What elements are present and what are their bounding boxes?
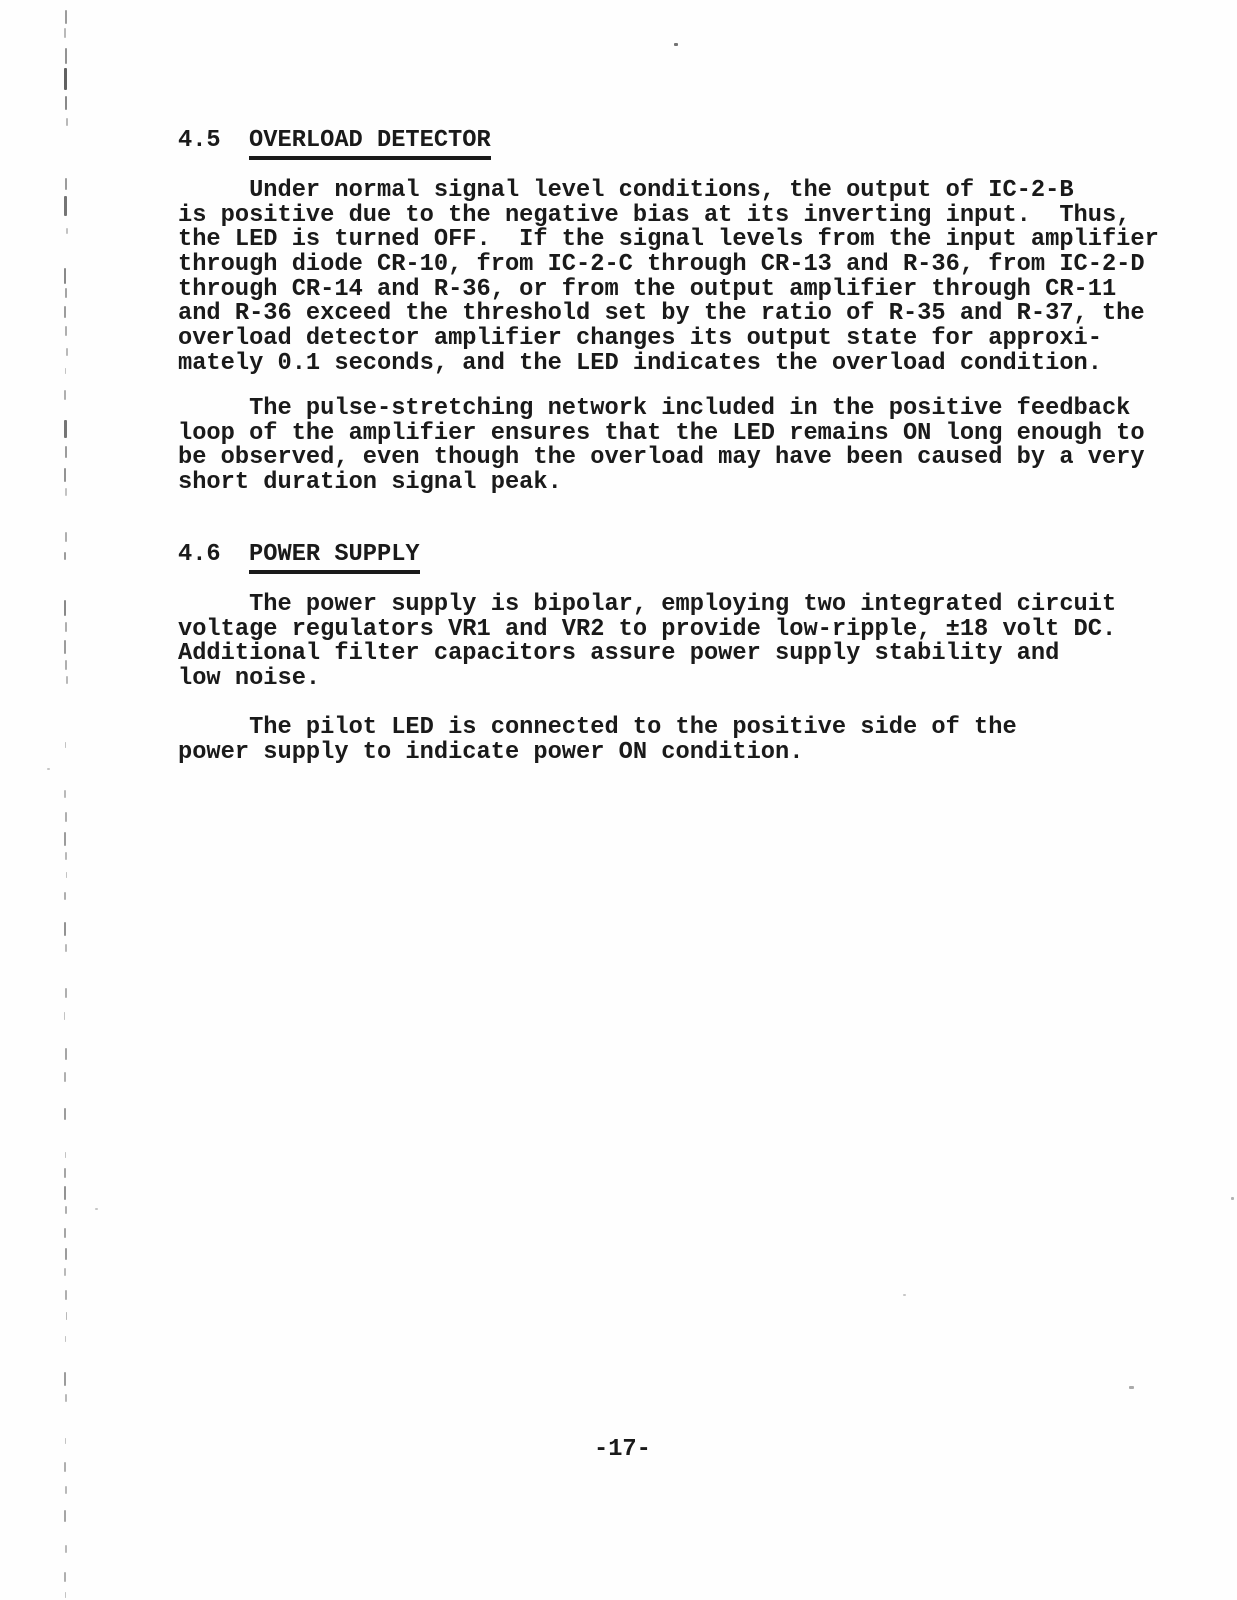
scan-mark bbox=[65, 944, 67, 952]
scan-mark bbox=[66, 118, 68, 126]
scan-mark bbox=[65, 1486, 67, 1494]
scan-speck bbox=[1129, 1386, 1134, 1389]
scan-mark bbox=[64, 1228, 66, 1238]
scan-mark bbox=[65, 1152, 66, 1158]
paragraph: The power supply is bipolar, employing t… bbox=[178, 593, 1116, 692]
scan-mark bbox=[64, 1186, 66, 1200]
scan-mark bbox=[65, 660, 67, 670]
scan-mark bbox=[64, 552, 66, 560]
scan-mark bbox=[65, 1438, 66, 1444]
scan-mark bbox=[65, 988, 67, 998]
scan-mark bbox=[64, 1268, 66, 1276]
scan-mark bbox=[64, 600, 66, 616]
scan-speck bbox=[1231, 1197, 1234, 1200]
section-number: 4.6 bbox=[178, 543, 221, 574]
scan-mark bbox=[64, 892, 66, 900]
paragraph: Under normal signal level conditions, th… bbox=[178, 179, 1159, 376]
scan-mark bbox=[64, 468, 66, 482]
scan-mark bbox=[66, 228, 68, 234]
scan-mark bbox=[65, 532, 67, 542]
scan-mark bbox=[65, 1248, 67, 1260]
scan-mark bbox=[64, 1372, 66, 1386]
scan-mark bbox=[65, 1545, 67, 1553]
scan-mark bbox=[64, 1572, 66, 1582]
scan-mark bbox=[66, 676, 68, 684]
scan-mark bbox=[64, 922, 66, 936]
scan-mark bbox=[64, 268, 66, 284]
scan-mark bbox=[65, 178, 67, 190]
scanned-document-page: 4.5 OVERLOAD DETECTOR Under normal signa… bbox=[0, 0, 1237, 1600]
scan-mark bbox=[65, 812, 67, 822]
scan-mark bbox=[64, 1012, 65, 1020]
scan-mark bbox=[65, 1206, 67, 1214]
scan-mark bbox=[65, 1336, 66, 1342]
scan-mark bbox=[65, 742, 66, 748]
scan-speck bbox=[674, 43, 678, 46]
scan-mark bbox=[65, 1394, 67, 1402]
scan-mark bbox=[64, 306, 66, 318]
scan-mark bbox=[65, 852, 67, 860]
scan-mark bbox=[64, 1168, 66, 1178]
scan-mark bbox=[65, 488, 67, 496]
scan-mark bbox=[65, 326, 67, 336]
scan-mark bbox=[66, 1312, 67, 1320]
scan-mark bbox=[64, 832, 66, 846]
section-heading-4-6: 4.6 POWER SUPPLY bbox=[178, 543, 420, 574]
section-title: OVERLOAD DETECTOR bbox=[249, 129, 491, 160]
scan-mark bbox=[65, 1048, 67, 1060]
scan-mark bbox=[64, 28, 66, 38]
scan-speck bbox=[903, 1294, 906, 1296]
paragraph: The pulse-stretching network included in… bbox=[178, 397, 1145, 496]
scan-mark bbox=[65, 10, 67, 24]
paragraph: The pilot LED is connected to the positi… bbox=[178, 716, 1017, 765]
scan-mark bbox=[64, 68, 67, 90]
scan-mark bbox=[64, 790, 66, 798]
page-number: -17- bbox=[594, 1438, 651, 1463]
scan-mark bbox=[64, 640, 66, 654]
scan-mark bbox=[65, 288, 67, 298]
scan-mark bbox=[65, 622, 67, 632]
scan-speck bbox=[47, 768, 50, 770]
section-heading-4-5: 4.5 OVERLOAD DETECTOR bbox=[178, 129, 491, 160]
scan-speck bbox=[95, 1208, 98, 1210]
scan-mark bbox=[64, 420, 67, 438]
scan-mark bbox=[65, 48, 67, 64]
scan-mark bbox=[65, 1592, 66, 1598]
scan-mark bbox=[66, 872, 67, 878]
scan-mark bbox=[65, 1290, 67, 1300]
scan-mark bbox=[64, 1108, 66, 1120]
scan-mark bbox=[66, 348, 68, 356]
scan-mark bbox=[65, 96, 67, 110]
section-title: POWER SUPPLY bbox=[249, 543, 420, 574]
scan-mark bbox=[65, 446, 67, 458]
section-number: 4.5 bbox=[178, 129, 221, 160]
scan-mark bbox=[64, 1072, 66, 1082]
scan-mark bbox=[64, 1462, 66, 1472]
scan-mark bbox=[64, 390, 66, 400]
scan-mark bbox=[65, 368, 66, 374]
scan-mark bbox=[64, 1510, 66, 1522]
scan-mark bbox=[64, 196, 67, 216]
